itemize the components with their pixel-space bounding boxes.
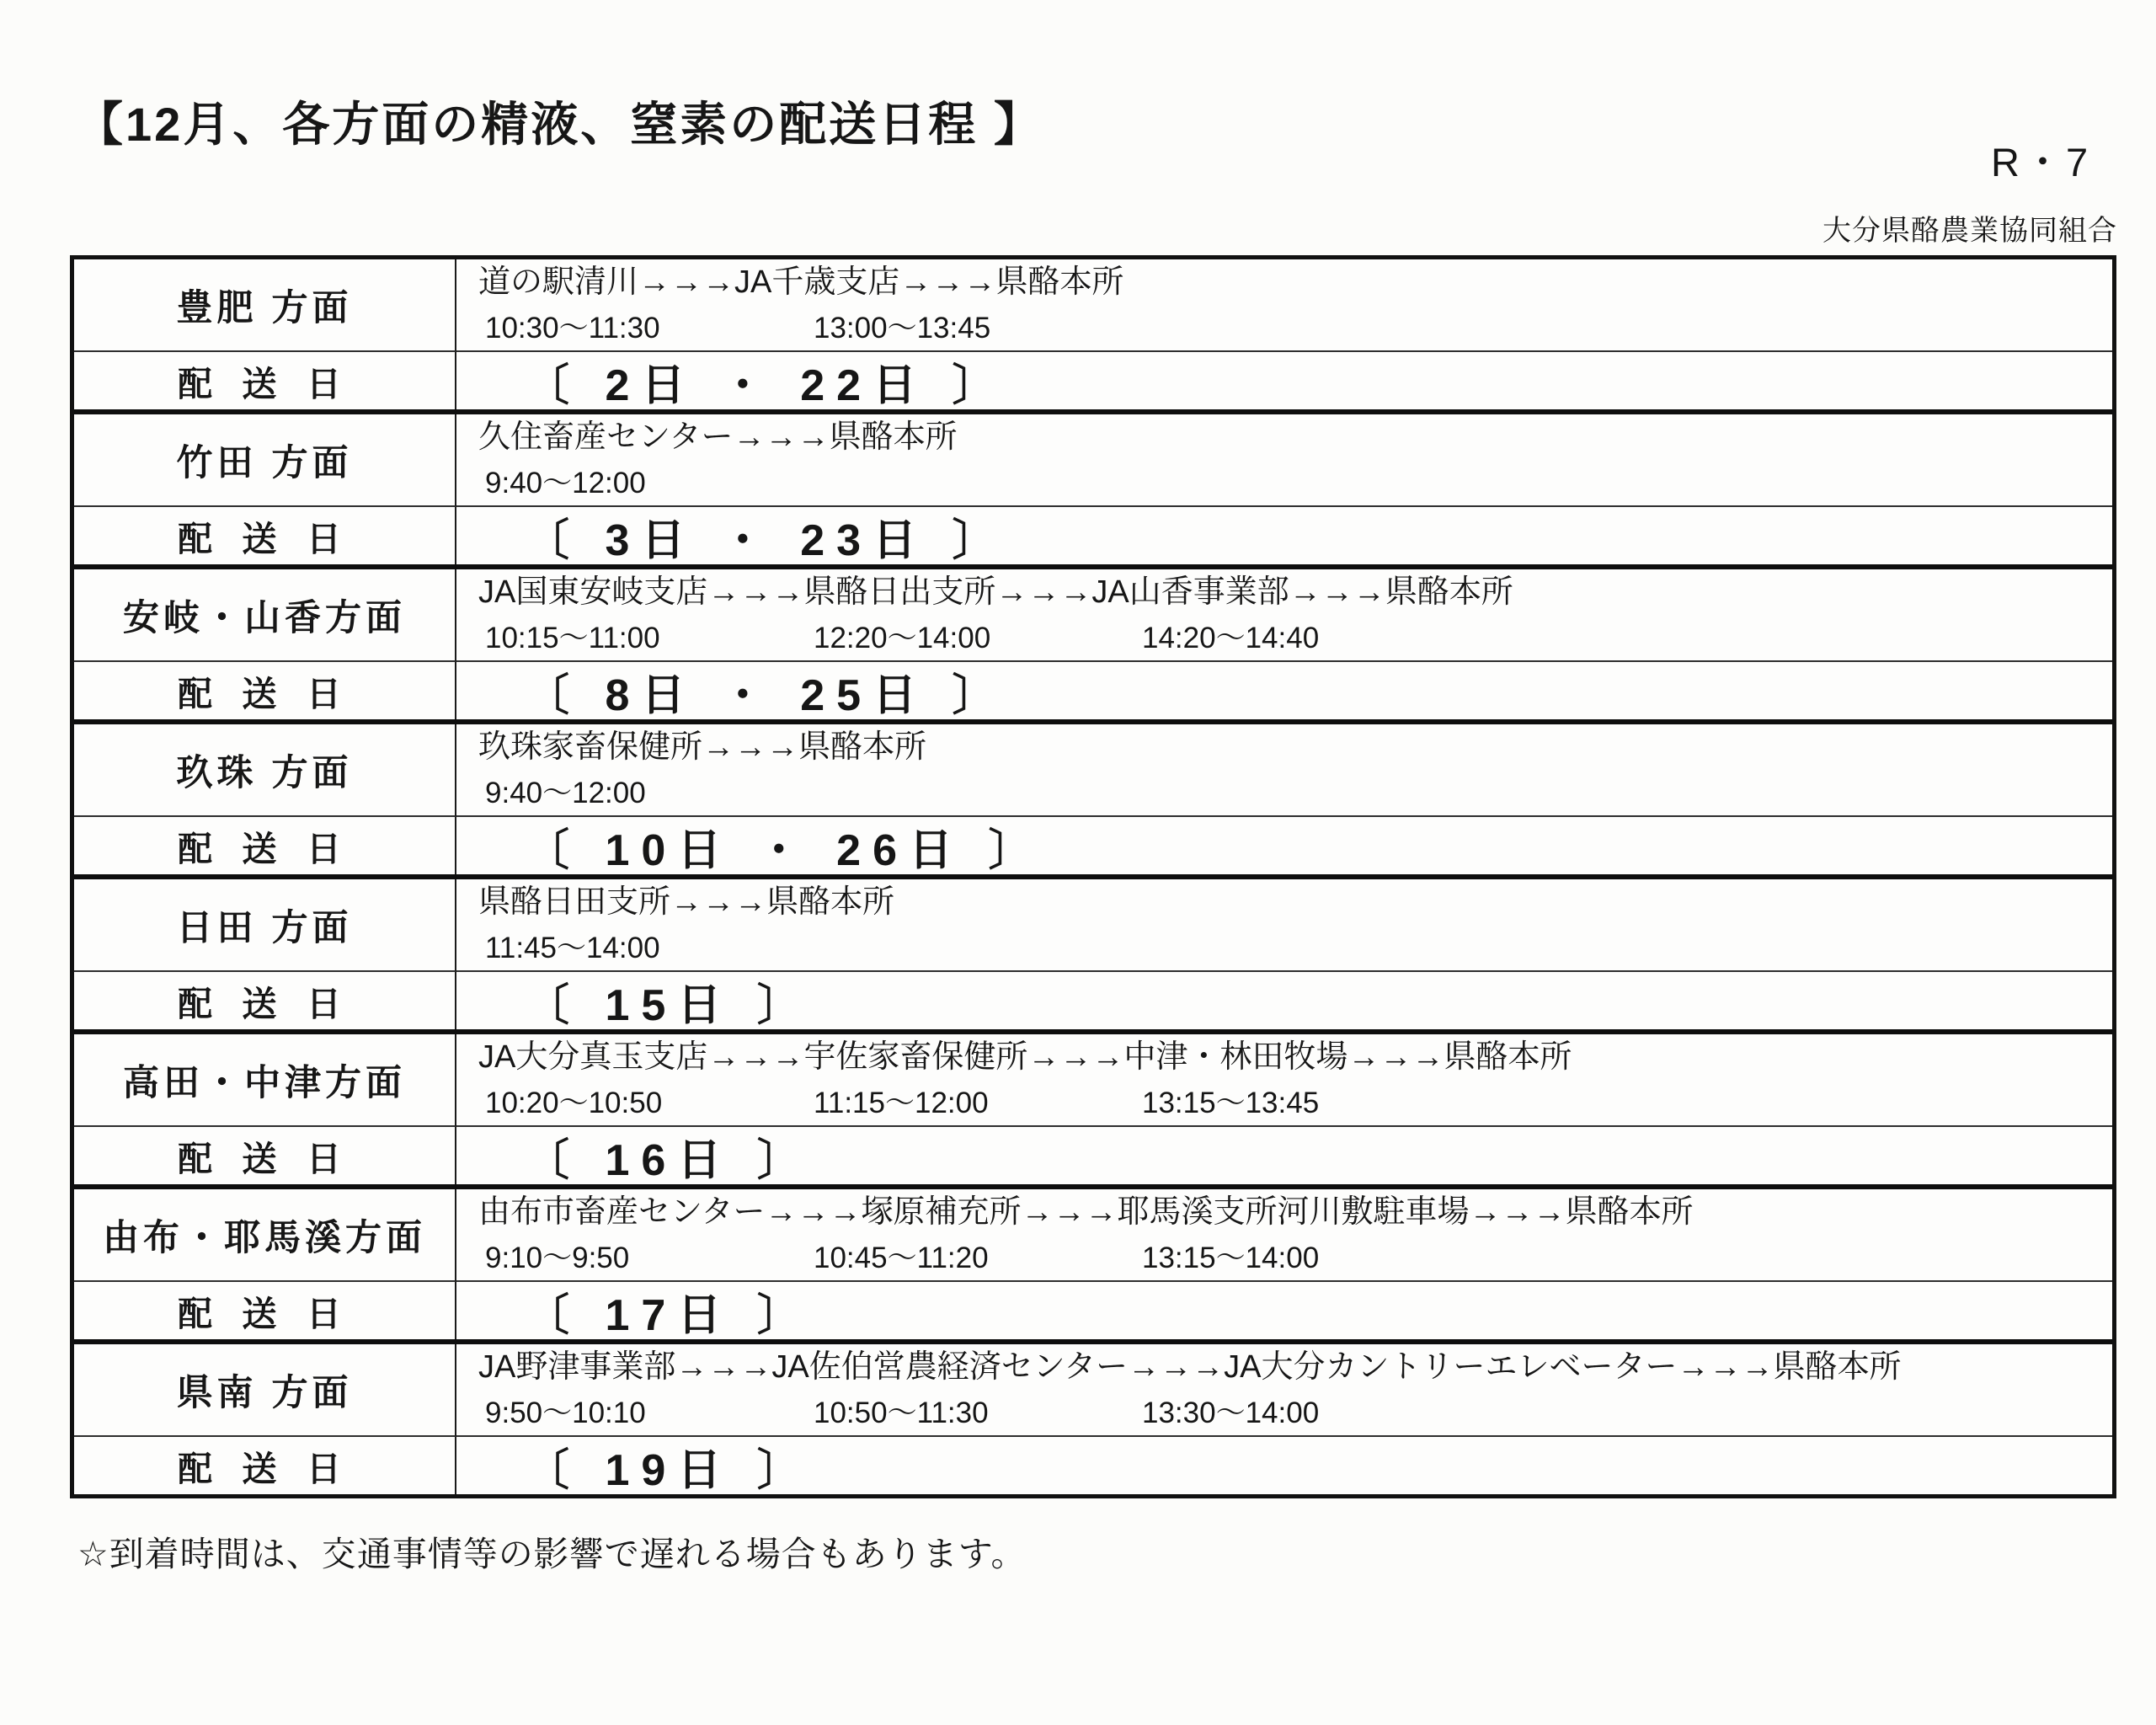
- region-cell: 安岐・山香方面: [74, 569, 456, 662]
- stop-time: 11:15〜12:00: [814, 1080, 1142, 1122]
- delivery-dates: 〔 10日 ・ 26日 〕: [526, 814, 1043, 878]
- route-cell: JA野津事業部→→→JA佐伯営農経済センター→→→JA大分カントリーエレベーター…: [456, 1344, 2112, 1437]
- delivery-dates-cell: 〔 3日 ・ 23日 〕: [456, 507, 2112, 564]
- delivery-label: 配 送 日: [178, 976, 351, 1026]
- region-cell: 県南 方面: [74, 1344, 456, 1437]
- delivery-label-cell: 配 送 日: [74, 662, 456, 719]
- route-text: JA国東安岐支店→→→県酪日出支所→→→JA山香事業部→→→県酪本所: [478, 574, 2104, 611]
- route-cell: 由布市畜産センター→→→塚原補充所→→→耶馬溪支所河川敷駐車場→→→県酪本所 9…: [456, 1189, 2112, 1282]
- stop-time: 10:15〜11:00: [485, 615, 814, 657]
- region-name: 安岐・山香方面: [123, 590, 406, 641]
- delivery-label-cell: 配 送 日: [74, 1127, 456, 1184]
- delivery-dates-cell: 〔 2日 ・ 22日 〕: [456, 352, 2112, 409]
- delivery-label: 配 送 日: [178, 666, 351, 716]
- delivery-label-cell: 配 送 日: [74, 1282, 456, 1339]
- delivery-dates-cell: 〔 8日 ・ 25日 〕: [456, 662, 2112, 719]
- region-name: 玖珠 方面: [177, 745, 353, 796]
- delivery-dates: 〔 16日 〕: [526, 1124, 813, 1188]
- region-cell: 豊肥 方面: [74, 259, 456, 352]
- route-cell: 玖珠家畜保健所→→→県酪本所 9:40〜12:00: [456, 724, 2112, 817]
- delivery-dates: 〔 3日 ・ 23日 〕: [526, 505, 1008, 568]
- stop-time: 10:50〜11:30: [814, 1390, 1142, 1432]
- schedule-block: 竹田 方面 久住畜産センター→→→県酪本所 9:40〜12:00 配 送 日 〔…: [74, 414, 2112, 569]
- route-text: 県酪日田支所→→→県酪本所: [478, 884, 2104, 921]
- route-times: 11:45〜14:00: [478, 925, 2104, 967]
- delivery-label-cell: 配 送 日: [74, 507, 456, 564]
- route-cell: JA大分真玉支店→→→宇佐家畜保健所→→→中津・林田牧場→→→県酪本所 10:2…: [456, 1034, 2112, 1127]
- stop-time: 13:15〜13:45: [1142, 1080, 1470, 1122]
- delivery-dates: 〔 8日 ・ 25日 〕: [526, 660, 1008, 723]
- region-cell: 竹田 方面: [74, 414, 456, 507]
- stop-time: 13:30〜14:00: [1142, 1390, 1470, 1432]
- delivery-dates: 〔 2日 ・ 22日 〕: [526, 350, 1008, 413]
- region-cell: 由布・耶馬溪方面: [74, 1189, 456, 1282]
- delivery-label: 配 送 日: [178, 821, 351, 871]
- schedule-block: 高田・中津方面 JA大分真玉支店→→→宇佐家畜保健所→→→中津・林田牧場→→→県…: [74, 1034, 2112, 1189]
- delivery-dates-cell: 〔 16日 〕: [456, 1127, 2112, 1184]
- route-text: 玖珠家畜保健所→→→県酪本所: [478, 729, 2104, 766]
- delivery-label-cell: 配 送 日: [74, 352, 456, 409]
- delivery-label: 配 送 日: [178, 356, 351, 406]
- stop-time: 9:40〜12:00: [485, 770, 814, 812]
- schedule-block: 豊肥 方面 道の駅清川→→→JA千歳支店→→→県酪本所 10:30〜11:301…: [74, 259, 2112, 414]
- delivery-dates: 〔 17日 〕: [526, 1279, 813, 1343]
- stop-time: 12:20〜14:00: [814, 615, 1142, 657]
- delivery-dates: 〔 15日 〕: [526, 969, 813, 1033]
- scanned-document-page: 【12月、各方面の精液、窒素の配送日程 】 R・7 大分県酪農業協同組合 豊肥 …: [0, 0, 2156, 1725]
- stop-time: 10:20〜10:50: [485, 1080, 814, 1122]
- delivery-dates: 〔 19日 〕: [526, 1434, 813, 1498]
- stop-time: 10:30〜11:30: [485, 305, 814, 347]
- route-times: 10:15〜11:0012:20〜14:0014:20〜14:40: [478, 615, 2104, 657]
- schedule-table: 豊肥 方面 道の駅清川→→→JA千歳支店→→→県酪本所 10:30〜11:301…: [70, 255, 2116, 1498]
- stop-time: 11:45〜14:00: [485, 925, 814, 967]
- region-name: 県南 方面: [177, 1365, 353, 1416]
- region-cell: 玖珠 方面: [74, 724, 456, 817]
- delivery-label-cell: 配 送 日: [74, 1437, 456, 1494]
- schedule-block: 由布・耶馬溪方面 由布市畜産センター→→→塚原補充所→→→耶馬溪支所河川敷駐車場…: [74, 1189, 2112, 1344]
- region-cell: 高田・中津方面: [74, 1034, 456, 1127]
- stop-time: 10:45〜11:20: [814, 1235, 1142, 1277]
- stop-time: 14:20〜14:40: [1142, 615, 1470, 657]
- stop-time: 9:10〜9:50: [485, 1235, 814, 1277]
- region-name: 由布・耶馬溪方面: [103, 1210, 426, 1261]
- stop-time: 13:15〜14:00: [1142, 1235, 1470, 1277]
- route-times: 9:50〜10:1010:50〜11:3013:30〜14:00: [478, 1390, 2104, 1432]
- schedule-block: 玖珠 方面 玖珠家畜保健所→→→県酪本所 9:40〜12:00 配 送 日 〔 …: [74, 724, 2112, 879]
- region-name: 日田 方面: [177, 900, 353, 951]
- route-times: 10:30〜11:3013:00〜13:45: [478, 305, 2104, 347]
- page-ref: R・7: [1991, 131, 2091, 188]
- route-times: 10:20〜10:5011:15〜12:0013:15〜13:45: [478, 1080, 2104, 1122]
- region-name: 高田・中津方面: [123, 1055, 406, 1106]
- delivery-dates-cell: 〔 10日 ・ 26日 〕: [456, 817, 2112, 874]
- schedule-block: 安岐・山香方面 JA国東安岐支店→→→県酪日出支所→→→JA山香事業部→→→県酪…: [74, 569, 2112, 724]
- region-name: 竹田 方面: [177, 435, 353, 486]
- delivery-label-cell: 配 送 日: [74, 817, 456, 874]
- route-text: 由布市畜産センター→→→塚原補充所→→→耶馬溪支所河川敷駐車場→→→県酪本所: [478, 1194, 2104, 1231]
- route-text: JA大分真玉支店→→→宇佐家畜保健所→→→中津・林田牧場→→→県酪本所: [478, 1039, 2104, 1076]
- delivery-label: 配 送 日: [178, 1131, 351, 1181]
- region-name: 豊肥 方面: [177, 280, 353, 331]
- delivery-dates-cell: 〔 17日 〕: [456, 1282, 2112, 1339]
- schedule-block: 県南 方面 JA野津事業部→→→JA佐伯営農経済センター→→→JA大分カントリー…: [74, 1344, 2112, 1494]
- delivery-label: 配 送 日: [178, 1441, 351, 1491]
- route-cell: 久住畜産センター→→→県酪本所 9:40〜12:00: [456, 414, 2112, 507]
- route-times: 9:10〜9:5010:45〜11:2013:15〜14:00: [478, 1235, 2104, 1277]
- stop-time: 9:40〜12:00: [485, 460, 814, 502]
- footnote: ☆到着時間は、交通事情等の影響で遅れる場合もあります。: [77, 1526, 1026, 1576]
- page-title: 【12月、各方面の精液、窒素の配送日程 】: [76, 88, 1043, 155]
- delivery-label: 配 送 日: [178, 1286, 351, 1336]
- route-cell: 県酪日田支所→→→県酪本所 11:45〜14:00: [456, 879, 2112, 972]
- route-text: JA野津事業部→→→JA佐伯営農経済センター→→→JA大分カントリーエレベーター…: [478, 1349, 2104, 1386]
- delivery-dates-cell: 〔 19日 〕: [456, 1437, 2112, 1494]
- stop-time: 13:00〜13:45: [814, 305, 1142, 347]
- route-times: 9:40〜12:00: [478, 460, 2104, 502]
- route-cell: JA国東安岐支店→→→県酪日出支所→→→JA山香事業部→→→県酪本所 10:15…: [456, 569, 2112, 662]
- delivery-dates-cell: 〔 15日 〕: [456, 972, 2112, 1029]
- route-text: 久住畜産センター→→→県酪本所: [478, 419, 2104, 457]
- delivery-label: 配 送 日: [178, 511, 351, 561]
- delivery-label-cell: 配 送 日: [74, 972, 456, 1029]
- organization-name: 大分県酪農業協同組合: [1822, 207, 2117, 248]
- route-text: 道の駅清川→→→JA千歳支店→→→県酪本所: [478, 264, 2104, 302]
- route-cell: 道の駅清川→→→JA千歳支店→→→県酪本所 10:30〜11:3013:00〜1…: [456, 259, 2112, 352]
- region-cell: 日田 方面: [74, 879, 456, 972]
- schedule-block: 日田 方面 県酪日田支所→→→県酪本所 11:45〜14:00 配 送 日 〔 …: [74, 879, 2112, 1034]
- route-times: 9:40〜12:00: [478, 770, 2104, 812]
- stop-time: 9:50〜10:10: [485, 1390, 814, 1432]
